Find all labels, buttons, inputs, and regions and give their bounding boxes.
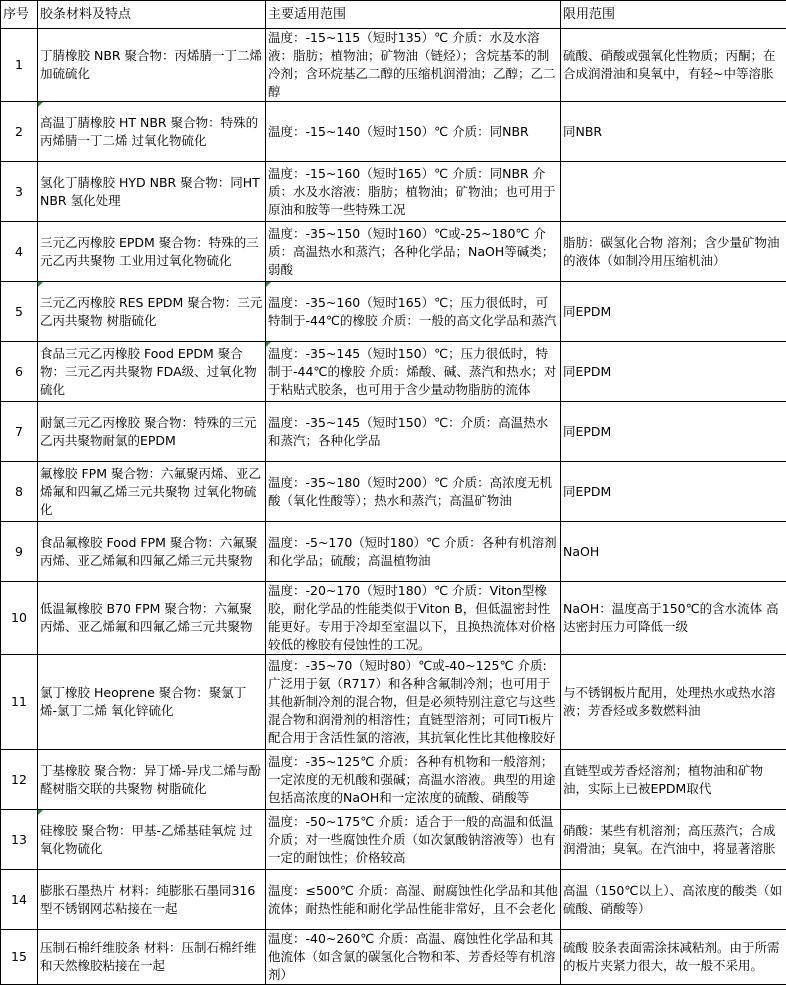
- material-cell: 膨胀石墨热片 材料：纯膨胀石墨同316型不锈钢网芯粘接在一起: [38, 870, 266, 930]
- comment-marker: [38, 282, 43, 287]
- application-cell: 温度：-20~170（短时180）℃ 介质：Viton型橡胶，耐化学品的性能类似…: [266, 582, 561, 655]
- header-material: 胶条材料及特点: [38, 1, 266, 29]
- material-text: 高温丁腈橡胶 HT NBR 聚合物：特殊的丙烯腈一丁二烯 过氧化物硫化: [40, 115, 258, 148]
- limitation-cell: 硝酸：某些有机溶剂；高压蒸汽；合成润滑油；臭氧。在汽油中，将显著溶胀: [561, 810, 786, 870]
- row-number: 3: [1, 162, 38, 222]
- comment-marker: [38, 810, 43, 815]
- row-number: 7: [1, 402, 38, 462]
- limitation-cell: NaOH：温度高于150℃的含水流体 高达密封压力可降低一级: [561, 582, 786, 655]
- application-cell: 温度：-35~180（短时200）℃ 介质：高浓度无机酸（氧化性酸等）；热水和蒸…: [266, 462, 561, 522]
- limitation-cell: 同EPDM: [561, 282, 786, 342]
- application-cell: 温度：-5~170（短时180）℃ 介质：各种有机溶剂和化学品；硫酸；高温植物油: [266, 522, 561, 582]
- limitation-cell: 硫酸、硝酸或强氧化性物质；丙酮；在合成润滑油和臭氧中，有轻~中等溶胀: [561, 29, 786, 102]
- table-row: 6 食品三元乙丙橡胶 Food EPDM 聚合物：三元乙丙共聚物 FDA级、过氧…: [1, 342, 786, 402]
- application-cell: 温度：≤500℃ 介质：高湿、耐腐蚀性化学品和其他流体；耐热性能和耐化学品性能非…: [266, 870, 561, 930]
- row-number: 14: [1, 870, 38, 930]
- application-cell: 温度：-35~160（短时165）℃；压力很低时，可特制于-44℃的橡胶 介质：…: [266, 282, 561, 342]
- material-cell: 丁腈橡胶 NBR 聚合物：丙烯腈一丁二烯 加硫硫化: [38, 29, 266, 102]
- table-row: 5 三元乙丙橡胶 RES EPDM 聚合物：三元乙丙共聚物 树脂硫化 温度：-3…: [1, 282, 786, 342]
- row-number: 4: [1, 222, 38, 282]
- row-number: 13: [1, 810, 38, 870]
- gasket-materials-table: 序号 胶条材料及特点 主要适用范围 限用范围 1 丁腈橡胶 NBR 聚合物：丙烯…: [0, 0, 786, 974]
- row-number: 12: [1, 750, 38, 810]
- material-cell: 丁基橡胶 聚合物：异丁烯-异戊二烯与酚醛树脂交联的共聚物 树脂硫化: [38, 750, 266, 810]
- application-cell: 温度：-35~125℃ 介质：各种有机物和一般溶剂；一定浓度的无机酸和强碱；高温…: [266, 750, 561, 810]
- header-limitation: 限用范围: [561, 1, 786, 29]
- limitation-cell: 脂肪：碳氢化合物 溶剂；含少量矿物油的液体（如制冷用压缩机油）: [561, 222, 786, 282]
- comment-marker: [266, 282, 271, 287]
- application-text: 温度：-35~145（短时150）℃；压力很低时，特制于-44℃的橡胶 介质：烯…: [268, 346, 556, 397]
- limitation-cell: 同EPDM: [561, 462, 786, 522]
- row-number: 15: [1, 930, 38, 975]
- table-row: 1 丁腈橡胶 NBR 聚合物：丙烯腈一丁二烯 加硫硫化 温度：-15~115（短…: [1, 29, 786, 102]
- material-cell: 氯丁橡胶 Heoprene 聚合物：聚氯丁烯-氯丁二烯 氧化锌硫化: [38, 655, 266, 750]
- table-row: 11 氯丁橡胶 Heoprene 聚合物：聚氯丁烯-氯丁二烯 氧化锌硫化 温度：…: [1, 655, 786, 750]
- header-row: 序号 胶条材料及特点 主要适用范围 限用范围: [1, 1, 786, 29]
- limitation-cell: 与不锈钢板片配用，处理热水或热水溶液；芳香烃或多数燃料油: [561, 655, 786, 750]
- material-cell: 耐氯三元乙丙橡胶 聚合物：特殊的三元乙丙共聚物耐氯的EPDM: [38, 402, 266, 462]
- row-number: 6: [1, 342, 38, 402]
- material-cell: 硅橡胶 聚合物：甲基-乙烯基硅氧烷 过氧化物硫化: [38, 810, 266, 870]
- material-cell: 三元乙丙橡胶 EPDM 聚合物：特殊的三元乙丙共聚物 工业用过氧化物硫化: [38, 222, 266, 282]
- limitation-cell: 硫酸 胶条表面需涂抹减粘剂。由于所需的板片夹紧力很大，故一般不采用。: [561, 930, 786, 975]
- limitation-cell: 同EPDM: [561, 342, 786, 402]
- application-cell: 温度：-40~260℃ 介质：高温、腐蚀性化学品和其他流体（如含氯的碳氢化合物和…: [266, 930, 561, 975]
- limitation-cell: 直链型或芳香烃溶剂；植物油和矿物油，实际上已被EPDM取代: [561, 750, 786, 810]
- table-row: 8 氟橡胶 FPM 聚合物：六氟聚丙烯、亚乙烯氟和四氟乙烯三元共聚物 过氧化物硫…: [1, 462, 786, 522]
- limitation-cell: 同NBR: [561, 102, 786, 162]
- table-row: 10 低温氟橡胶 B70 FPM 聚合物：六氟聚丙烯、亚乙烯氟和四氟乙烯三元共聚…: [1, 582, 786, 655]
- material-cell: 氢化丁腈橡胶 HYD NBR 聚合物：同HTNBR 氢化处理: [38, 162, 266, 222]
- table-row: 12 丁基橡胶 聚合物：异丁烯-异戊二烯与酚醛树脂交联的共聚物 树脂硫化 温度：…: [1, 750, 786, 810]
- table-row: 9 食品氟橡胶 Food FPM 聚合物：六氟聚丙烯、亚乙烯氟和四氟乙烯三元共聚…: [1, 522, 786, 582]
- table-row: 3 氢化丁腈橡胶 HYD NBR 聚合物：同HTNBR 氢化处理 温度：-15~…: [1, 162, 786, 222]
- table-row: 7 耐氯三元乙丙橡胶 聚合物：特殊的三元乙丙共聚物耐氯的EPDM 温度：-35~…: [1, 402, 786, 462]
- row-number: 9: [1, 522, 38, 582]
- comment-marker: [38, 102, 43, 107]
- table-row: 14 膨胀石墨热片 材料：纯膨胀石墨同316型不锈钢网芯粘接在一起 温度：≤50…: [1, 870, 786, 930]
- application-cell: 温度：-15~160（短时165）℃ 介质：同NBR 介质：水及水溶液：脂肪；植…: [266, 162, 561, 222]
- table-row: 15 压制石棉纤维胶条 材料：压制石棉纤维和天然橡胶粘接在一起 温度：-40~2…: [1, 930, 786, 975]
- row-number: 2: [1, 102, 38, 162]
- material-cell: 压制石棉纤维胶条 材料：压制石棉纤维和天然橡胶粘接在一起: [38, 930, 266, 975]
- application-cell: 温度：-35~70（短时80）℃或-40~125℃ 介质:广泛用于氨（R717）…: [266, 655, 561, 750]
- limitation-cell: NaOH: [561, 522, 786, 582]
- limitation-cell: [561, 162, 786, 222]
- table-row: 13 硅橡胶 聚合物：甲基-乙烯基硅氧烷 过氧化物硫化 温度：-50~175℃ …: [1, 810, 786, 870]
- material-cell: 三元乙丙橡胶 RES EPDM 聚合物：三元乙丙共聚物 树脂硫化: [38, 282, 266, 342]
- material-cell: 食品三元乙丙橡胶 Food EPDM 聚合物：三元乙丙共聚物 FDA级、过氧化物…: [38, 342, 266, 402]
- application-cell: 温度：-50~175℃ 介质：适合于一般的高温和低温介质；对一些腐蚀性介质（如次…: [266, 810, 561, 870]
- material-cell: 低温氟橡胶 B70 FPM 聚合物：六氟聚丙烯、亚乙烯氟和四氟乙烯三元共聚物: [38, 582, 266, 655]
- row-number: 11: [1, 655, 38, 750]
- application-cell: 温度：-35~145（短时150）℃：介质：高温热水和蒸汽；各种化学品: [266, 402, 561, 462]
- material-text: 三元乙丙橡胶 RES EPDM 聚合物：三元乙丙共聚物 树脂硫化: [40, 295, 262, 328]
- row-number: 8: [1, 462, 38, 522]
- application-cell: 温度：-15~115（短时135）℃ 介质：水及水溶液：脂肪；植物油；矿物油（链…: [266, 29, 561, 102]
- comment-marker: [266, 342, 271, 347]
- header-application: 主要适用范围: [266, 1, 561, 29]
- material-cell: 氟橡胶 FPM 聚合物：六氟聚丙烯、亚乙烯氟和四氟乙烯三元共聚物 过氧化物硫化: [38, 462, 266, 522]
- limitation-cell: 高温（150℃以上）、高浓度的酸类（如硫酸、硝酸等）: [561, 870, 786, 930]
- header-no: 序号: [1, 1, 38, 29]
- row-number: 5: [1, 282, 38, 342]
- limitation-cell: 同EPDM: [561, 402, 786, 462]
- material-text: 硅橡胶 聚合物：甲基-乙烯基硅氧烷 过氧化物硫化: [40, 823, 252, 856]
- table-row: 2 高温丁腈橡胶 HT NBR 聚合物：特殊的丙烯腈一丁二烯 过氧化物硫化 温度…: [1, 102, 786, 162]
- row-number: 10: [1, 582, 38, 655]
- application-cell: 温度：-35~145（短时150）℃；压力很低时，特制于-44℃的橡胶 介质：烯…: [266, 342, 561, 402]
- table-row: 4 三元乙丙橡胶 EPDM 聚合物：特殊的三元乙丙共聚物 工业用过氧化物硫化 温…: [1, 222, 786, 282]
- application-text: 温度：-35~160（短时165）℃；压力很低时，可特制于-44℃的橡胶 介质：…: [268, 295, 556, 328]
- application-cell: 温度：-15~140（短时150）℃ 介质：同NBR: [266, 102, 561, 162]
- application-cell: 温度：-35~150（短时160）℃或-25~180℃ 介质：高温热水和蒸汽；各…: [266, 222, 561, 282]
- material-cell: 高温丁腈橡胶 HT NBR 聚合物：特殊的丙烯腈一丁二烯 过氧化物硫化: [38, 102, 266, 162]
- row-number: 1: [1, 29, 38, 102]
- material-cell: 食品氟橡胶 Food FPM 聚合物：六氟聚丙烯、亚乙烯氟和四氟乙烯三元共聚物: [38, 522, 266, 582]
